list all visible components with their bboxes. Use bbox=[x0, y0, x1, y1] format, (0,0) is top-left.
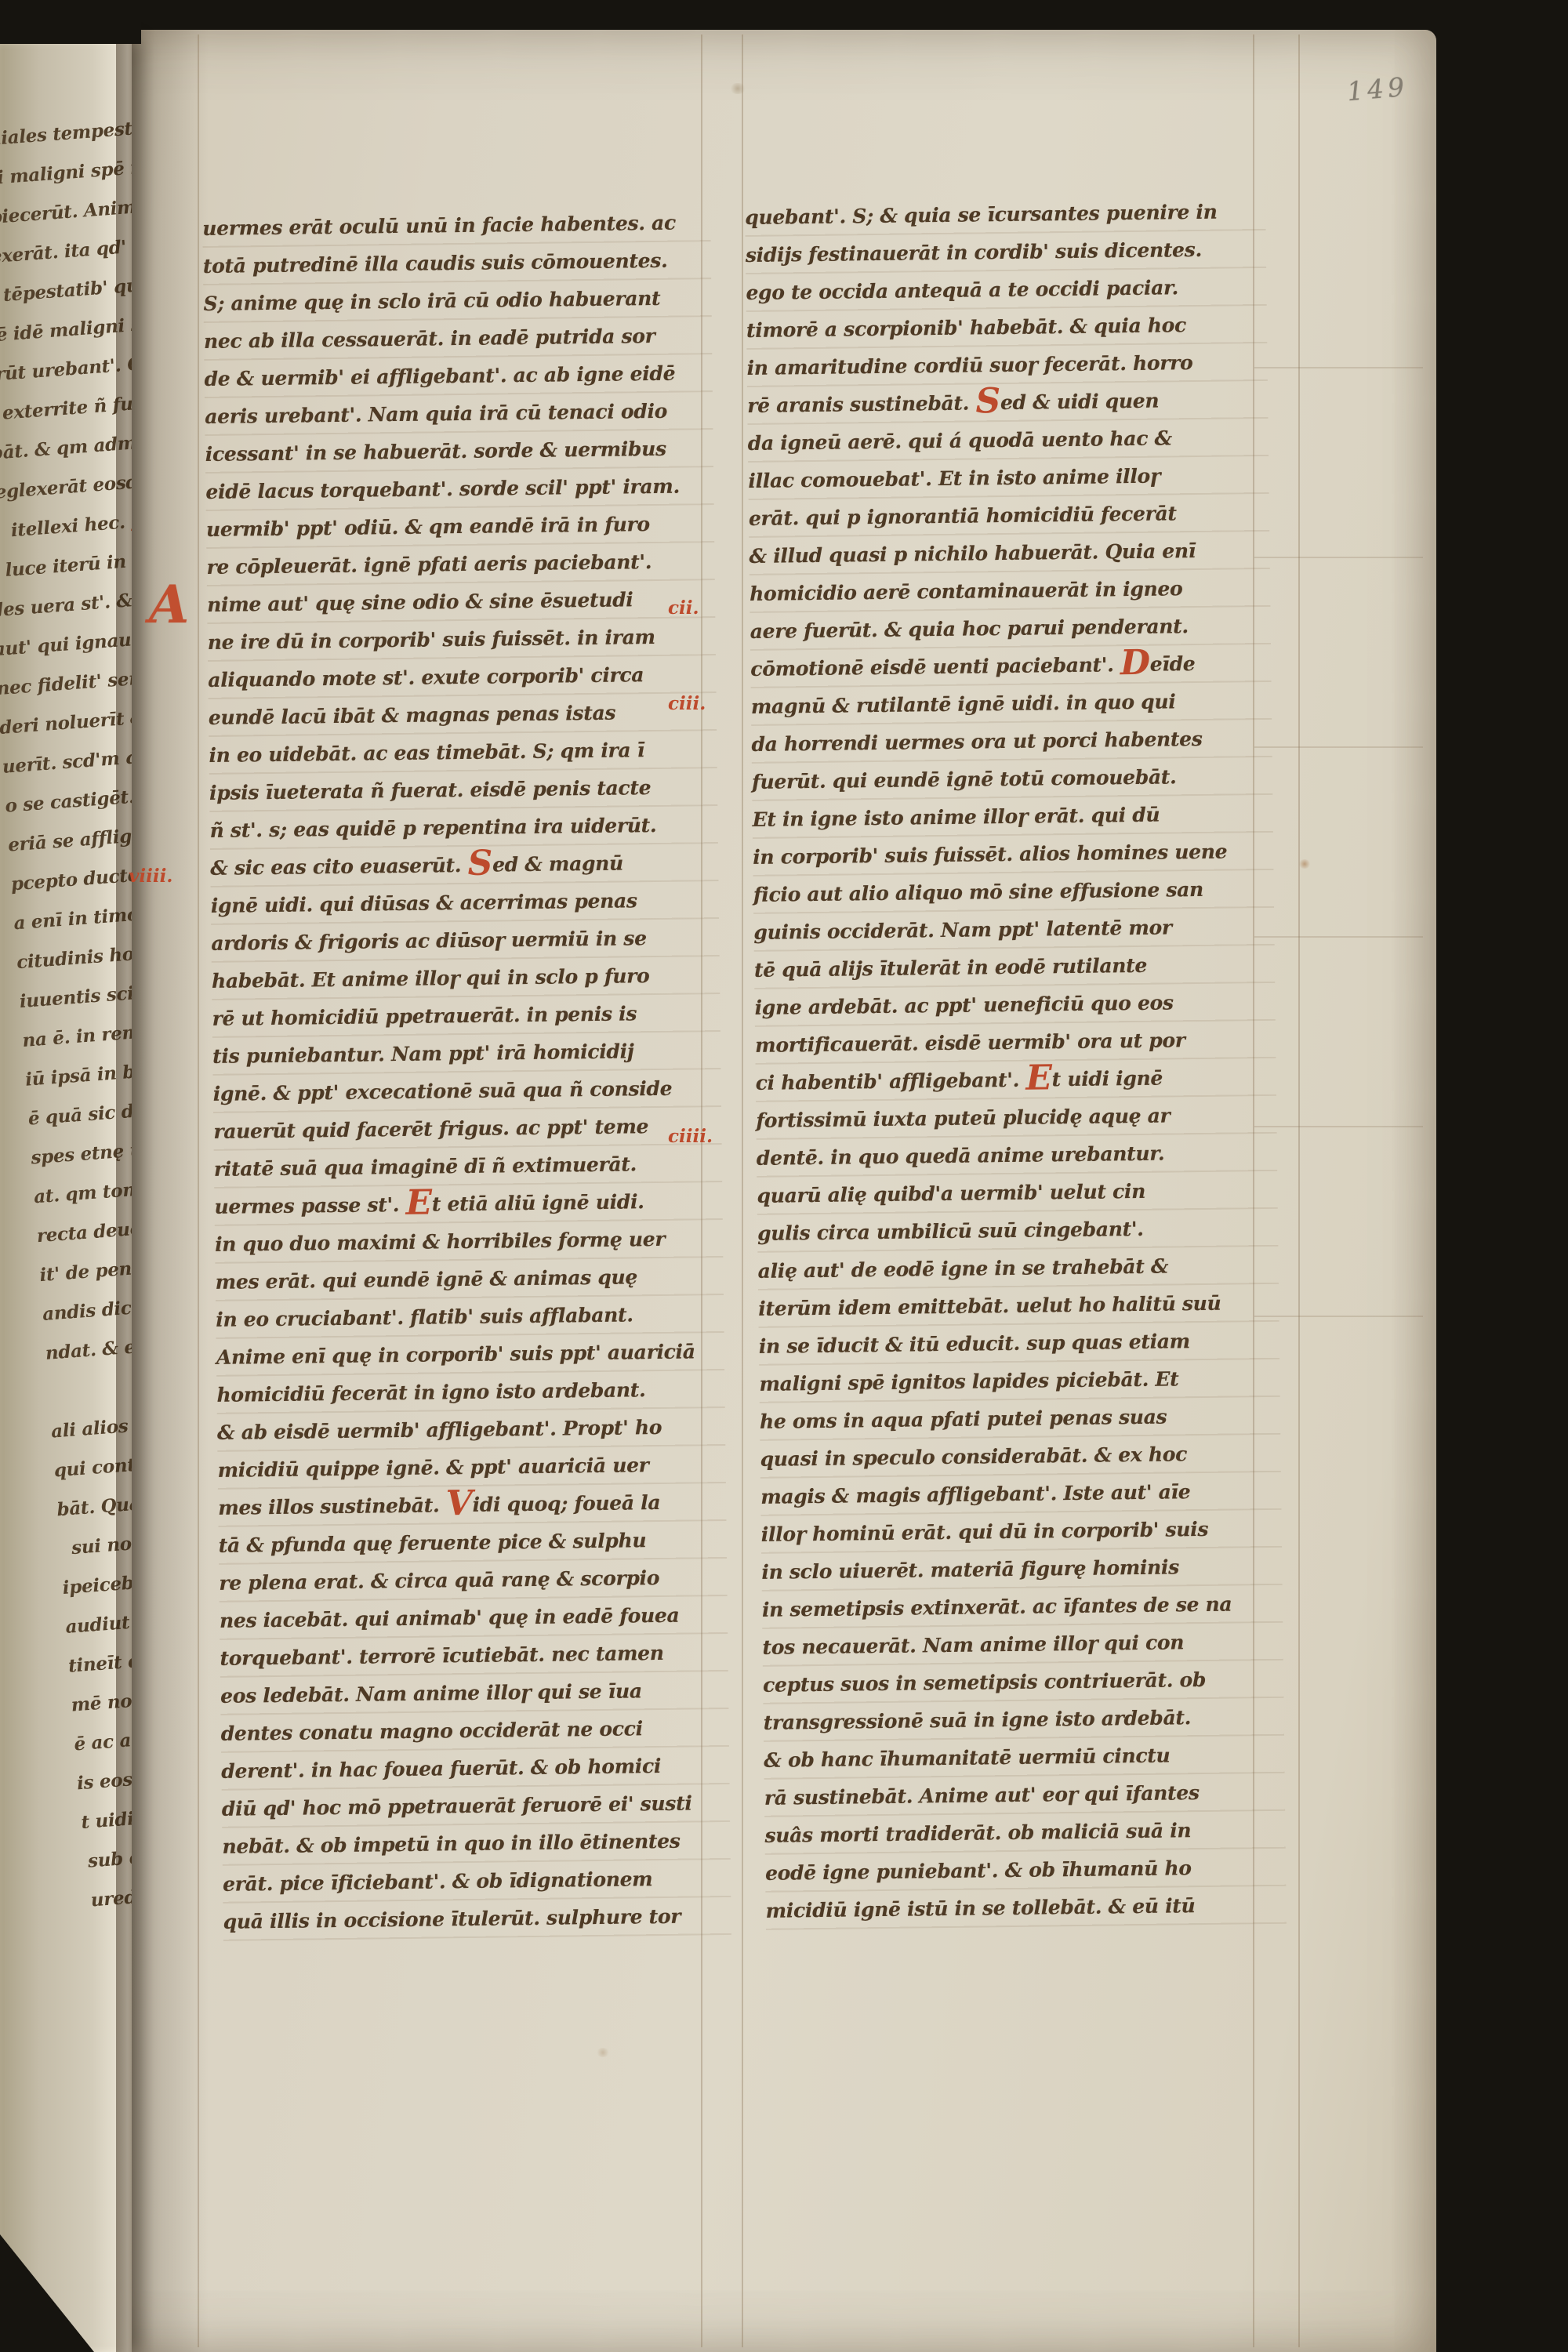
text-segment: ritatē suā qua imaginē dī ñ extimuerāt. bbox=[214, 1152, 637, 1181]
text-line: totā putredinē illa caudis suis cōmouent… bbox=[203, 241, 712, 285]
text-line: ñ st'. s; eas quidē p repentina ira uide… bbox=[209, 806, 718, 850]
text-segment: sidijs festinauerāt in cordib' suis dice… bbox=[746, 238, 1202, 267]
text-line: derent'. in hac fouea fuerūt. & ob homic… bbox=[221, 1747, 730, 1791]
text-line: tā & pfunda quę feruente pice & sulphu bbox=[219, 1521, 728, 1565]
text-segment: illoɼ hominū erāt. qui dū in corporib' s… bbox=[761, 1518, 1209, 1546]
text-segment: dentē. in quo quedā anime urebantur. bbox=[757, 1142, 1165, 1170]
text-line: in corporib' suis fuissēt. alios homines… bbox=[753, 833, 1274, 877]
ruling-line bbox=[198, 34, 199, 2347]
text-line: & sic eas cito euaserūt. Sed & magnū bbox=[210, 844, 719, 887]
text-line: in eo uidebāt. ac eas timebāt. S; qm ira… bbox=[209, 731, 717, 775]
text-segment: maligni spē ignitos lapides piciebāt. Et bbox=[759, 1367, 1178, 1396]
text-line: tis puniebantur. Nam ppt' irā homicidij bbox=[212, 1032, 721, 1076]
rubric-initial: V bbox=[445, 1483, 472, 1523]
ruling-line bbox=[1254, 1126, 1423, 1127]
text-segment: he oms in aqua pfati putei penas suas bbox=[760, 1406, 1167, 1433]
text-line: rē aranis sustinebāt. Sed & uidi quen bbox=[747, 381, 1269, 425]
text-segment: na ē. in remunerato bbox=[22, 1016, 132, 1051]
text-segment: icessant' in se habuerāt. sorde & uermib… bbox=[205, 437, 666, 466]
text-segment: aliquando mote st'. exute corporib' circ… bbox=[208, 663, 644, 691]
text-segment: homicidio aerē contaminauerāt in igneo bbox=[750, 577, 1183, 605]
text-line: transgressionē suā in igne isto ardebāt. bbox=[763, 1698, 1284, 1742]
text-segment: qui cont' occurrīt. ñ bbox=[53, 1446, 132, 1481]
text-line: iterūm idem emittebāt. uelut ho halitū s… bbox=[758, 1284, 1279, 1328]
text-segment: de & uermib' ei affligebant'. ac ab igne… bbox=[204, 362, 675, 390]
text-line: re plena erat. & circa quā ranę & scorpi… bbox=[219, 1559, 728, 1602]
binding-cloth bbox=[0, 0, 141, 44]
text-line: he oms in aqua pfati putei penas suas bbox=[760, 1397, 1281, 1441]
text-line: eundē lacū ibāt & magnas penas istas bbox=[209, 693, 717, 737]
text-line: tē quā alijs ītulerāt in eodē rutilante bbox=[754, 946, 1276, 989]
text-line: uermes erāt oculū unū in facie habentes.… bbox=[202, 204, 711, 248]
text-line: nec ab illa cessauerāt. in eadē putrida … bbox=[204, 317, 713, 361]
text-line: rā sustinebāt. Anime aut' eoɼ qui īfante… bbox=[764, 1773, 1286, 1817]
rubric-initial: D bbox=[1120, 643, 1150, 683]
text-line: timorē a scorpionib' habebāt. & quia hoc bbox=[746, 306, 1268, 350]
text-segment: dentes conatu magno occiderāt ne occi bbox=[221, 1717, 643, 1745]
text-line: diū qd' hoc mō ppetrauerāt feruorē ei' s… bbox=[222, 1784, 731, 1828]
text-segment: magnū & rutilantē ignē uidi. in quo qui bbox=[751, 690, 1176, 718]
text-segment: in eo uidebāt. ac eas timebāt. S; qm ira… bbox=[209, 739, 644, 767]
text-segment: audiut terra ad gem bbox=[65, 1602, 132, 1637]
text-segment: aut' qui ignauiā dilig bbox=[0, 624, 132, 660]
text-segment: uermib' ppt' odiū. & qm eandē irā in fur… bbox=[206, 513, 650, 541]
text-line: S; anime quę in sclo irā cū odio habuera… bbox=[203, 279, 712, 323]
text-segment: in se īducit & itū educit. sup quas etia… bbox=[759, 1330, 1190, 1358]
text-line: aere fuerūt. & quia hoc parui penderant. bbox=[750, 607, 1271, 651]
previous-page-edge: pluuiales tempestatdicti maligni spē ign… bbox=[0, 41, 132, 2352]
text-segment: iū ipsā in bonis opib' bbox=[24, 1054, 132, 1091]
text-segment: quā illis in occisione ītulerūt. sulphur… bbox=[223, 1905, 681, 1933]
text-line: Anime enī quę in corporib' suis ppt' aua… bbox=[216, 1333, 725, 1377]
text-line: quā illis in occisione ītulerūt. sulphur… bbox=[223, 1897, 731, 1941]
text-line: ne ire dū in corporib' suis fuissēt. in … bbox=[207, 618, 716, 662]
text-segment: andis dicta st' & fid bbox=[42, 1290, 132, 1325]
text-segment: micidiū ignē istū in se tollebāt. & eū i… bbox=[765, 1894, 1195, 1922]
text-segment: guinis occiderāt. Nam ppt' latentē mor bbox=[753, 916, 1172, 944]
text-column-left: uermes erāt oculū unū in facie habentes.… bbox=[202, 204, 731, 1941]
text-segment: & ab eisdē uermib' affligebant'. Propt' … bbox=[217, 1416, 662, 1444]
text-line: uermib' ppt' odiū. & qm eandē irā in fur… bbox=[206, 505, 715, 549]
text-line: ritatē suā qua imaginē dī ñ extimuerāt. bbox=[214, 1145, 723, 1189]
text-line: rauerūt quid facerēt frigus. ac ppt' tem… bbox=[213, 1107, 722, 1151]
text-line: de & uermib' ei affligebant'. ac ab igne… bbox=[204, 354, 713, 398]
text-segment: at. qm tonantē tub bbox=[33, 1173, 132, 1207]
text-segment: igne ardebāt. ac ppt' ueneficiū quo eos bbox=[754, 991, 1173, 1019]
text-segment: in amaritudine cordiū suoɼ fecerāt. horr… bbox=[746, 351, 1192, 379]
text-line: micidiū ignē istū in se tollebāt. & eū i… bbox=[765, 1886, 1287, 1930]
text-segment: nebāt. & ob impetū in quo in illo ētinen… bbox=[222, 1830, 680, 1858]
text-segment: it' de penitentiū am bbox=[39, 1250, 132, 1286]
text-line: homicidiū fecerāt in igno isto ardebant. bbox=[216, 1370, 725, 1414]
text-segment: diū qd' hoc mō ppetrauerāt feruorē ei' s… bbox=[222, 1792, 692, 1820]
text-segment: da horrendi uermes ora ut porci habentes bbox=[751, 728, 1202, 756]
text-line: alię aut' de eodē igne in se trahebāt & bbox=[757, 1247, 1279, 1290]
text-line: suâs morti tradiderāt. ob maliciā suā in bbox=[764, 1811, 1286, 1855]
text-segment: in corporib' suis fuissēt. alios homines… bbox=[753, 840, 1227, 869]
text-segment: ed & magnū bbox=[492, 852, 623, 877]
text-line: torquebant'. terrorē īcutiebāt. nec tame… bbox=[220, 1634, 728, 1678]
text-line: habebāt. Et anime illoɼ qui in sclo p fu… bbox=[212, 956, 720, 1000]
rubric-initial: S bbox=[467, 844, 492, 884]
text-segment: mes erāt. qui eundē ignē & animas quę bbox=[216, 1265, 638, 1294]
text-segment: tā & pfunda quę feruente pice & sulphu bbox=[219, 1529, 647, 1557]
text-segment: micidiū quippe ignē. & ppt' auariciā uer bbox=[217, 1454, 648, 1482]
text-line: gulis circa umbilicū suū cingebant'. bbox=[757, 1209, 1279, 1253]
text-segment: e luce iterū in dicerent bbox=[0, 544, 132, 582]
text-segment: dilexerāt. ita qd' fere bbox=[0, 233, 132, 269]
text-line: nebāt. & ob impetū in quo in illo ētinen… bbox=[222, 1822, 731, 1866]
folio-number: 149 bbox=[1345, 71, 1409, 107]
text-line: dentē. in quo quedā anime urebantur. bbox=[757, 1134, 1278, 1178]
text-segment: re cōpleuerāt. ignē pfati aeris pacieban… bbox=[206, 550, 652, 579]
text-segment: & sic eas cito euaserūt. bbox=[210, 854, 468, 880]
text-segment: quasi in speculo considerabāt. & ex hoc bbox=[760, 1443, 1187, 1471]
text-segment: torquebant'. terrorē īcutiebāt. nec tame… bbox=[220, 1642, 663, 1670]
text-segment: in semetipsis extinxerāt. ac īfantes de … bbox=[762, 1593, 1232, 1621]
text-line: da horrendi uermes ora ut porci habentes bbox=[751, 720, 1272, 764]
text-line: cōmotionē eisdē uenti paciebant'. Deīde bbox=[750, 644, 1272, 688]
text-segment: uerīt. scd'm qualitatē bbox=[2, 741, 132, 778]
text-segment: ci habentib' affligebant'. bbox=[756, 1069, 1026, 1094]
text-segment: bāt. Quā porittatē bbox=[56, 1486, 132, 1520]
text-segment: alię aut' de eodē igne in se trahebāt & bbox=[758, 1255, 1169, 1283]
text-line: erāt. qui p ignorantiā homicidiū fecerāt bbox=[749, 494, 1270, 538]
text-segment: ne ire dū in corporib' suis fuissēt. in … bbox=[208, 626, 655, 654]
text-segment: t uidi ignē bbox=[1052, 1067, 1163, 1091]
text-line: aeris urebant'. Nam quia irā cū tenaci o… bbox=[205, 392, 713, 436]
text-segment: ipeicebāt dicentes bbox=[62, 1564, 132, 1599]
rubric-initial: S bbox=[975, 381, 1000, 421]
text-segment: ficio aut alio aliquo mō sine effusione … bbox=[753, 878, 1203, 906]
text-segment: ignē. & ppt' excecationē suā qua ñ consi… bbox=[213, 1077, 673, 1105]
text-line: in amaritudine cordiū suoɼ fecerāt. horr… bbox=[746, 343, 1268, 387]
text-line: in eo cruciabant'. flatib' suis afflaban… bbox=[216, 1295, 724, 1339]
text-line: eos ledebāt. Nam anime illoɼ qui se īua bbox=[220, 1671, 729, 1715]
text-segment: iuuentis sciencie. qui bbox=[19, 975, 132, 1012]
chapter-number-rubric: ciiii. bbox=[668, 1126, 713, 1147]
chapter-number-rubric: viiii. bbox=[129, 866, 172, 887]
text-line: eidē lacus torquebant'. sorde scil' ppt'… bbox=[205, 467, 714, 511]
text-segment: ebāt. & qm admonitu bbox=[0, 428, 132, 464]
text-segment: recta deuotione ab bbox=[36, 1212, 132, 1247]
chapter-number-rubric: cii. bbox=[668, 597, 699, 619]
rubric-initial-A: A bbox=[149, 579, 189, 630]
text-segment: pcepto ductoriū sui bbox=[10, 860, 132, 895]
text-segment: totā putredinē illa caudis suis cōmouent… bbox=[203, 249, 668, 278]
ruling-line bbox=[1298, 34, 1300, 2347]
text-line: tos necauerāt. Nam anime illoɼ qui con bbox=[762, 1623, 1283, 1667]
chapter-number-rubric: ciii. bbox=[668, 693, 706, 714]
text-line: guinis occiderāt. Nam ppt' latentē mor bbox=[753, 908, 1275, 952]
text-line: maligni spē ignitos lapides piciebāt. Et bbox=[759, 1359, 1280, 1403]
text-segment: nime aut' quę sine odio & sine ēsuetudi bbox=[207, 588, 633, 616]
text-segment: iterūm idem emittebāt. uelut ho halitū s… bbox=[758, 1292, 1221, 1320]
text-segment: nec fidelit' seruiūt. s bbox=[0, 663, 132, 699]
text-segment: des uera st'. & ut ea uid bbox=[0, 583, 132, 621]
rubric-initial: E bbox=[1025, 1058, 1052, 1098]
text-line: in quo duo maximi & horribiles formę uer bbox=[215, 1220, 724, 1264]
text-line: fuerūt. qui eundē ignē totū comouebāt. bbox=[752, 757, 1273, 801]
text-segment: ed & uidi quen bbox=[1000, 390, 1160, 414]
text-line: ignē. & ppt' excecationē suā qua ñ consi… bbox=[212, 1069, 721, 1113]
text-line: mes illos sustinebāt. Vidi quoq; foueā l… bbox=[218, 1483, 727, 1527]
text-line: re cōpleuerāt. ignē pfati aeris pacieban… bbox=[206, 543, 715, 586]
text-segment: fortissimū iuxta puteū plucidę aquę ar bbox=[756, 1104, 1170, 1131]
text-segment: nes iacebāt. qui animab' quę in eadē fou… bbox=[220, 1604, 680, 1632]
previous-page-text: pluuiales tempestatdicti maligni spē ign… bbox=[0, 110, 132, 1921]
ruling-line bbox=[1254, 367, 1423, 368]
text-segment: his tēpestatib' quacieba bbox=[0, 270, 132, 309]
text-segment: sub eo lacū ampl bbox=[87, 1838, 132, 1872]
text-column-right: quebant'. S; & quia se īcursantes puenir… bbox=[745, 193, 1287, 1930]
text-segment: o se castigēt. & flagel bbox=[5, 780, 132, 817]
text-segment: S; anime quę in sclo irā cū odio habuera… bbox=[203, 287, 660, 315]
text-segment: rē ut homicidiū ppetrauerāt. in penis is bbox=[212, 1002, 637, 1030]
text-line: in se īducit & itū educit. sup quas etia… bbox=[759, 1322, 1280, 1366]
text-segment: erāt. pice īficiebant'. & ob īdignatione… bbox=[223, 1867, 653, 1896]
text-segment: itellexi hec. bbox=[10, 511, 132, 541]
text-line: igne ardebāt. ac ppt' ueneficiū quo eos bbox=[754, 983, 1276, 1027]
text-segment: quebant'. S; & quia se īcursantes puenir… bbox=[745, 201, 1218, 229]
text-segment: quarū alię quibd'a uermib' uelut cin bbox=[757, 1180, 1145, 1207]
text-segment: ardoris & frigoris ac diūsoɼ uermiū in s… bbox=[211, 927, 647, 955]
text-segment: ē quā sic dorsū forti bbox=[27, 1094, 132, 1130]
text-segment: tis puniebantur. Nam ppt' irā homicidij bbox=[212, 1040, 634, 1068]
text-line: & ab eisdē uermib' affligebant'. Propt' … bbox=[217, 1408, 726, 1452]
text-line: in sclo uiuerēt. materiā figurę hominis bbox=[761, 1548, 1283, 1592]
text-line: aliquando mote st'. exute corporib' circ… bbox=[208, 655, 717, 699]
text-line: magis & magis affligebant'. Iste aut' aī… bbox=[760, 1472, 1282, 1516]
text-line: uermes passe st'. Et etiā aliū ignē uidi… bbox=[214, 1182, 723, 1226]
text-segment: aere fuerūt. & quia hoc parui penderant. bbox=[750, 615, 1189, 643]
text-line: homicidio aerē contaminauerāt in igneo bbox=[750, 569, 1271, 613]
text-line: icessant' in se habuerāt. sorde & uermib… bbox=[205, 430, 714, 474]
rubric-initial: E bbox=[405, 1183, 432, 1223]
text-segment: Anime enī quę in corporib' suis ppt' aua… bbox=[216, 1340, 695, 1368]
text-segment: ē ac alia hm'imodi ñ bbox=[74, 1719, 132, 1755]
text-segment: eos ledebāt. Nam anime illoɼ qui se īua bbox=[220, 1679, 642, 1708]
text-segment: in eo cruciabant'. flatib' suis afflaban… bbox=[216, 1303, 633, 1331]
text-line: sidijs festinauerāt in cordib' suis dice… bbox=[746, 230, 1267, 274]
text-segment: rē aranis sustinebāt. bbox=[747, 391, 976, 417]
text-line: ego te occida antequā a te occidi paciar… bbox=[746, 268, 1267, 312]
text-line: nime aut' quę sine odio & sine ēsuetudi bbox=[207, 580, 716, 624]
text-segment: tineīt eas seducent bbox=[67, 1642, 132, 1676]
text-segment: habebāt. Et anime illoɼ qui in sclo p fu… bbox=[212, 964, 650, 993]
text-segment: pluuiales tempestat bbox=[0, 117, 132, 152]
text-segment: illac comouebat'. Et in isto anime illoɼ bbox=[748, 465, 1160, 492]
text-line: ipsis īueterata ñ fuerat. eisdē penis ta… bbox=[209, 768, 718, 812]
text-segment: as piecerūt. Anime au bbox=[0, 194, 132, 230]
ruling-line bbox=[1254, 746, 1423, 748]
ruling-line bbox=[1254, 1316, 1423, 1317]
text-segment: eodē igne puniebant'. & ob īhumanū ho bbox=[765, 1857, 1192, 1885]
text-line: ardoris & frigoris ac diūsoɼ uermiū in s… bbox=[211, 919, 720, 963]
text-segment: dicti maligni spē ignē bbox=[0, 154, 132, 191]
text-segment: nec ab illa cessauerāt. in eadē putrida … bbox=[204, 325, 655, 353]
text-segment: in sclo uiuerēt. materiā figurę hominis bbox=[761, 1555, 1179, 1584]
manuscript-photo: pluuiales tempestatdicti maligni spē ign… bbox=[0, 0, 1568, 2352]
text-segment: sui nos. Nulla fe bbox=[71, 1526, 132, 1559]
text-segment: eidē lacus torquebant'. sorde scil' ppt'… bbox=[205, 475, 680, 503]
text-segment: cerūt urebant'. Quia e bbox=[0, 350, 132, 387]
text-segment: Et in igne isto anime illoɼ erāt. qui dū bbox=[752, 804, 1160, 831]
text-segment: ceptus suos in semetipsis contriuerāt. o… bbox=[763, 1668, 1206, 1697]
text-segment: idi quoq; foueā la bbox=[472, 1491, 660, 1516]
text-line: Et in igne isto anime illoɼ erāt. qui dū bbox=[752, 795, 1273, 839]
text-line: mortificauerāt. eisdē uermib' ora ut por bbox=[755, 1021, 1276, 1065]
text-segment: ndat. & ea in memo bbox=[45, 1329, 132, 1364]
text-line: & ob hanc īhumanitatē uermiū cinctu bbox=[764, 1736, 1285, 1780]
text-segment: eundē lacū ibāt & magnas penas istas bbox=[209, 702, 616, 729]
text-line: & illud quasi p nichilo habuerāt. Quia e… bbox=[749, 532, 1270, 575]
text-segment: rauerūt quid facerēt frigus. ac ppt' tem… bbox=[213, 1115, 648, 1143]
text-segment: citudinis honoris ipsi bbox=[16, 937, 132, 973]
text-line: fortissimū iuxta puteū plucidę aquę ar bbox=[756, 1096, 1277, 1140]
ruling-line bbox=[1254, 936, 1423, 938]
text-line: rē ut homicidiū ppetrauerāt. in penis is bbox=[212, 994, 720, 1038]
text-line: illoɼ hominū erāt. qui dū in corporib' s… bbox=[761, 1510, 1283, 1554]
text-segment: ñ st'. s; eas quidē p repentina ira uide… bbox=[209, 814, 656, 842]
text-segment: t uidi turbidū aer bbox=[81, 1799, 132, 1833]
text-segment: fuerūt. qui eundē ignē totū comouebāt. bbox=[752, 765, 1177, 793]
text-line: quebant'. S; & quia se īcursantes puenir… bbox=[745, 193, 1266, 237]
text-line: nes iacebāt. qui animab' quę in eadē fou… bbox=[220, 1596, 728, 1640]
text-segment: is eos ab homicidiū bbox=[76, 1759, 132, 1795]
text-line: erāt. pice īficiebant'. & ob īdignatione… bbox=[223, 1860, 731, 1904]
text-line: quarū alię quibd'a uermib' uelut cin bbox=[757, 1171, 1278, 1215]
text-segment: uermes passe st'. bbox=[214, 1193, 405, 1218]
text-segment: to exterrite ñ fuerāt. ī bbox=[0, 389, 132, 426]
text-segment: uermes erāt oculū unū in facie habentes.… bbox=[202, 212, 676, 240]
text-segment: uredinē & plonid bbox=[90, 1878, 132, 1911]
text-segment: gulis circa umbilicū suū cingebant'. bbox=[757, 1218, 1144, 1245]
text-segment: rā sustinebāt. Anime aut' eoɼ qui īfante… bbox=[764, 1781, 1200, 1809]
text-segment: & ob hanc īhumanitatē uermiū cinctu bbox=[764, 1744, 1170, 1772]
text-line: da igneū aerē. qui á quodā uento hac & bbox=[748, 419, 1269, 463]
text-segment: magis & magis affligebant'. Iste aut' aī… bbox=[760, 1480, 1190, 1508]
text-segment: in quo duo maximi & horribiles formę uer bbox=[215, 1228, 666, 1256]
text-segment: re plena erat. & circa quā ranę & scorpi… bbox=[219, 1566, 659, 1595]
text-segment: ego te occida antequā a te occidi paciar… bbox=[746, 276, 1178, 304]
text-line: magnū & rutilantē ignē uidi. in quo qui bbox=[751, 682, 1272, 726]
text-segment: mē nos. Nam ille ñ bbox=[71, 1681, 132, 1715]
ruling-line bbox=[1254, 557, 1423, 558]
text-segment: tos necauerāt. Nam anime illoɼ qui con bbox=[762, 1631, 1184, 1659]
text-line: ceptus suos in semetipsis contriuerāt. o… bbox=[763, 1661, 1284, 1704]
ruling-line bbox=[742, 34, 743, 2347]
text-line: ci habentib' affligebant'. Et uidi ignē bbox=[755, 1058, 1276, 1102]
text-segment: ipsis īueterata ñ fuerat. eisdē penis ta… bbox=[209, 776, 651, 804]
text-line: quasi in speculo considerabāt. & ex hoc bbox=[760, 1435, 1281, 1479]
text-segment: homicidiū fecerāt in igno isto ardebant. bbox=[216, 1378, 645, 1406]
text-segment: da igneū aerē. qui á quodā uento hac & bbox=[748, 426, 1172, 455]
text-segment: cōmotionē eisdē uenti paciebant'. bbox=[750, 653, 1120, 681]
text-segment: suâs morti tradiderāt. ob maliciā suā in bbox=[764, 1819, 1191, 1847]
text-segment: timorē a scorpionib' habebāt. & quia hoc bbox=[746, 314, 1186, 342]
text-segment: derent'. in hac fouea fuerūt. & ob homic… bbox=[221, 1755, 661, 1783]
text-line: illac comouebat'. Et in isto anime illoɼ bbox=[748, 456, 1269, 500]
text-segment: transgressionē suā in igne isto ardebāt. bbox=[764, 1706, 1192, 1734]
text-segment: ignē uidi. qui diūsas & acerrimas penas bbox=[211, 889, 637, 917]
text-line: ignē uidi. qui diūsas & acerrimas penas bbox=[211, 881, 720, 925]
text-segment: ali alios ptatę unde bbox=[50, 1407, 132, 1443]
text-segment: neglexerāt eosdē ign bbox=[0, 468, 132, 504]
text-segment: eriā se affligāt. & pe bbox=[7, 820, 132, 856]
text-segment: erāt. qui p ignorantiā homicidiū fecerāt bbox=[749, 502, 1177, 530]
text-line: dentes conatu magno occiderāt ne occi bbox=[220, 1709, 729, 1753]
text-segment: mortificauerāt. eisdē uermib' ora ut por bbox=[755, 1029, 1185, 1057]
text-segment: & illud quasi p nichilo habuerāt. Quia e… bbox=[749, 539, 1196, 568]
text-segment: eīde bbox=[1150, 652, 1196, 676]
text-line: mes erāt. qui eundē ignē & animas quę bbox=[215, 1258, 724, 1301]
text-line: ficio aut alio aliquo mō sine effusione … bbox=[753, 870, 1275, 914]
text-segment: tē quā alijs ītulerāt in eodē rutilante bbox=[754, 954, 1147, 982]
text-segment: mes illos sustinebāt. bbox=[218, 1494, 446, 1519]
text-line: eodē igne puniebant'. & ob īhumanū ho bbox=[765, 1849, 1287, 1893]
text-segment: aeris urebant'. Nam quia irā cū tenaci o… bbox=[205, 400, 667, 428]
text-segment: deri noluerīt & si hui bbox=[0, 702, 132, 739]
text-segment: a enī in timore dī rib bbox=[13, 898, 132, 934]
text-segment: quē idē maligni spē ī c bbox=[0, 310, 132, 348]
text-line: in semetipsis extinxerāt. ac īfantes de … bbox=[762, 1585, 1283, 1629]
text-segment: spes etnę uitę ē. inm bbox=[31, 1132, 132, 1168]
text-segment: t etiā aliū ignē uidi. bbox=[432, 1190, 644, 1215]
